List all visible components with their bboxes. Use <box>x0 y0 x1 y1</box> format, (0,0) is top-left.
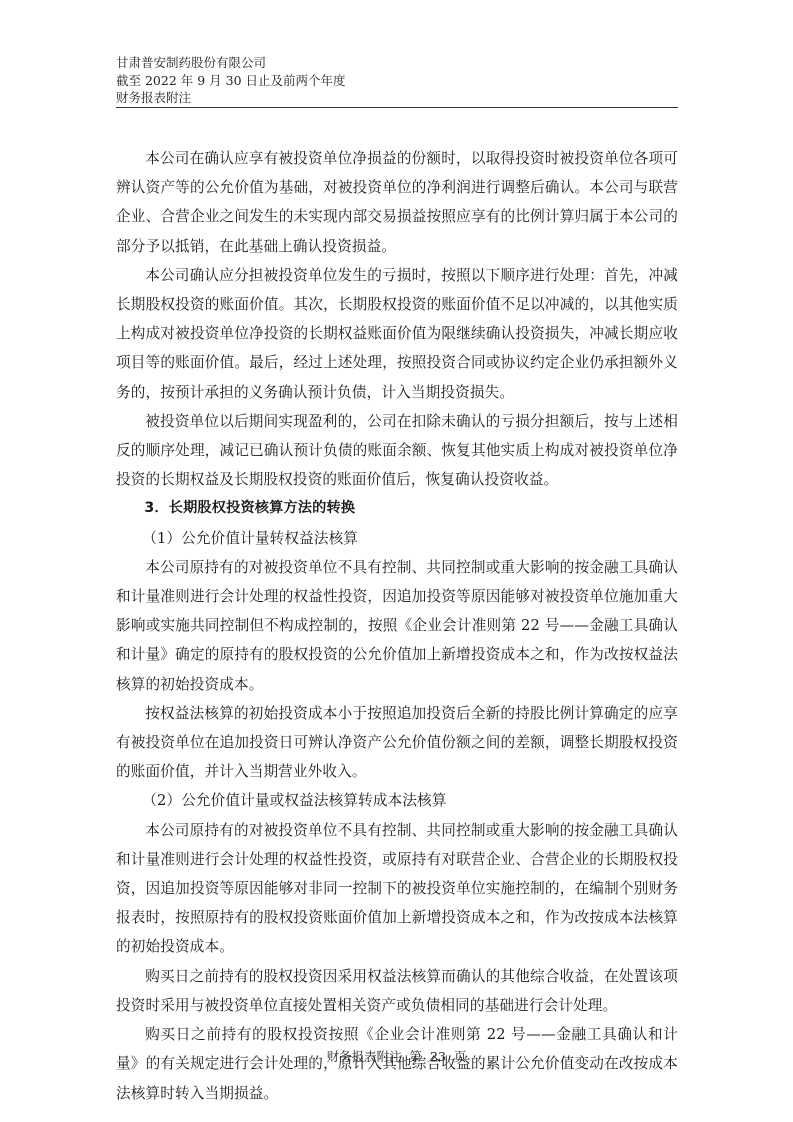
section-heading: 3．长期股权投资核算方法的转换 <box>116 494 678 523</box>
paragraph: 购买日之前持有的股权投资因采用权益法核算而确认的其他综合收益，在处置该项投资时采… <box>116 962 678 1020</box>
paragraph: 本公司原持有的对被投资单位不具有控制、共同控制或重大影响的按金融工具确认和计量准… <box>116 816 678 962</box>
header-divider <box>116 107 678 108</box>
paragraph: 本公司在确认应享有被投资单位净损益的份额时，以取得投资时被投资单位各项可辨认资产… <box>116 144 678 261</box>
subsection-heading: （1）公允价值计量转权益法核算 <box>116 524 678 553</box>
report-period: 截至 2022 年 9 月 30 日止及前两个年度 <box>116 72 677 90</box>
company-name: 甘肃普安制药股份有限公司 <box>116 54 677 72</box>
subsection-heading: （2）公允价值计量或权益法核算转成本法核算 <box>116 786 678 815</box>
paragraph: 被投资单位以后期间实现盈利的，公司在扣除未确认的亏损分担额后，按与上述相反的顺序… <box>116 407 678 495</box>
document-body: 本公司在确认应享有被投资单位净损益的份额时，以取得投资时被投资单位各项可辨认资产… <box>116 144 678 1108</box>
paragraph: 本公司原持有的对被投资单位不具有控制、共同控制或重大影响的按金融工具确认和计量准… <box>116 553 678 699</box>
document-title: 财务报表附注 <box>116 89 677 107</box>
page-footer: 财务报表附注 第 23 页 <box>0 1047 793 1065</box>
paragraph: 按权益法核算的初始投资成本小于按照追加投资后全新的持股比例计算确定的应享有被投资… <box>116 699 678 787</box>
paragraph: 本公司确认应分担被投资单位发生的亏损时，按照以下顺序进行处理：首先，冲减长期股权… <box>116 261 678 407</box>
page-header: 甘肃普安制药股份有限公司 截至 2022 年 9 月 30 日止及前两个年度 财… <box>116 54 677 107</box>
